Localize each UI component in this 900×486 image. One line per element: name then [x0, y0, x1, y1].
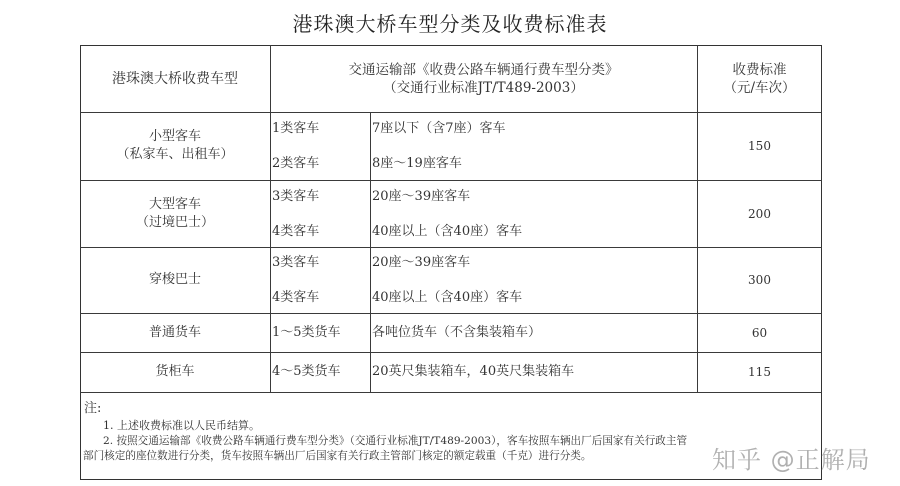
- header-label: （交通行业标准JT/T489-2003）: [383, 79, 584, 97]
- header-label: 交通运输部《收费公路车辆通行费车型分类》: [349, 61, 619, 79]
- class-label: 2类客车: [272, 155, 319, 173]
- fee-value: 150: [748, 137, 771, 155]
- class-cell: 3类客车: [270, 186, 370, 208]
- class-label: 1类客车: [272, 120, 319, 138]
- header-label: 港珠澳大桥收费车型: [112, 70, 238, 88]
- desc-label: 7座以下（含7座）客车: [372, 120, 506, 138]
- fee-cell: 60: [697, 313, 822, 352]
- class-label: 3类客车: [272, 188, 319, 206]
- desc-cell: 20英尺集装箱车，40英尺集装箱车: [370, 352, 692, 392]
- class-cell: 1～5类货车: [270, 313, 370, 352]
- note-item: 1. 上述收费标准以人民币结算。: [103, 417, 260, 433]
- vehicle-type-label: 货柜车: [155, 363, 194, 381]
- header-fee: 收费标准 （元/车次）: [697, 45, 822, 112]
- desc-label: 20英尺集装箱车，40英尺集装箱车: [372, 363, 574, 381]
- class-cell: 1类客车: [270, 118, 370, 140]
- fee-cell: 115: [697, 352, 822, 392]
- class-cell: 3类客车: [270, 252, 370, 274]
- notes-label: 注:: [84, 397, 101, 416]
- vehicle-type-label: 大型客车: [149, 196, 201, 214]
- vehicle-type-sublabel: （过境巴士）: [136, 214, 214, 232]
- fee-value: 200: [748, 205, 771, 223]
- desc-label: 8座～19座客车: [372, 155, 462, 173]
- vehicle-type-label: 普通货车: [149, 324, 201, 342]
- vehicle-type-cell: 小型客车 （私家车、出租车）: [80, 112, 270, 180]
- class-cell: 4～5类货车: [270, 352, 370, 392]
- class-label: 1～5类货车: [272, 324, 341, 342]
- fee-value: 115: [748, 363, 771, 381]
- header-label: 收费标准: [733, 61, 787, 79]
- page-title: 港珠澳大桥车型分类及收费标准表: [0, 8, 900, 37]
- vehicle-type-label: 小型客车: [149, 128, 201, 146]
- note-item: 部门核定的座位数进行分类，货车按照车辆出厂后国家有关行政主管部门核定的额定载重（…: [83, 448, 592, 463]
- class-label: 3类客车: [272, 254, 319, 272]
- vehicle-type-sublabel: （私家车、出租车）: [116, 146, 233, 164]
- desc-label: 40座以上（含40座）客车: [372, 289, 522, 307]
- row-divider: [80, 392, 822, 393]
- fee-value: 300: [748, 271, 771, 289]
- vehicle-type-cell: 穿梭巴士: [80, 247, 270, 313]
- desc-cell: 20座～39座客车: [370, 252, 692, 274]
- class-label: 4～5类货车: [272, 363, 341, 381]
- desc-label: 20座～39座客车: [372, 188, 470, 206]
- fee-value: 60: [752, 324, 767, 342]
- desc-cell: 40座以上（含40座）客车: [370, 287, 692, 309]
- desc-label: 各吨位货车（不含集装箱车）: [372, 324, 541, 342]
- fee-cell: 300: [697, 247, 822, 313]
- vehicle-type-cell: 货柜车: [80, 352, 270, 392]
- class-cell: 2类客车: [270, 153, 370, 175]
- desc-label: 20座～39座客车: [372, 254, 470, 272]
- class-cell: 4类客车: [270, 221, 370, 243]
- desc-cell: 40座以上（含40座）客车: [370, 221, 692, 243]
- header-vehicle-type: 港珠澳大桥收费车型: [80, 45, 270, 112]
- fee-cell: 150: [697, 112, 822, 180]
- fee-cell: 200: [697, 180, 822, 247]
- desc-cell: 7座以下（含7座）客车: [370, 118, 692, 140]
- vehicle-type-cell: 大型客车 （过境巴士）: [80, 180, 270, 247]
- desc-cell: 各吨位货车（不含集装箱车）: [370, 313, 692, 352]
- vehicle-type-cell: 普通货车: [80, 313, 270, 352]
- note-item: 2. 按照交通运输部《收费公路车辆通行费车型分类》（交通行业标准JT/T489-…: [103, 433, 687, 448]
- desc-cell: 8座～19座客车: [370, 153, 692, 175]
- watermark: 知乎 @正解局: [712, 440, 871, 475]
- desc-cell: 20座～39座客车: [370, 186, 692, 208]
- class-label: 4类客车: [272, 289, 319, 307]
- header-classification: 交通运输部《收费公路车辆通行费车型分类》 （交通行业标准JT/T489-2003…: [270, 45, 697, 112]
- class-label: 4类客车: [272, 223, 319, 241]
- vehicle-type-label: 穿梭巴士: [149, 271, 201, 289]
- desc-label: 40座以上（含40座）客车: [372, 223, 522, 241]
- header-label: （元/车次）: [723, 79, 795, 97]
- class-cell: 4类客车: [270, 287, 370, 309]
